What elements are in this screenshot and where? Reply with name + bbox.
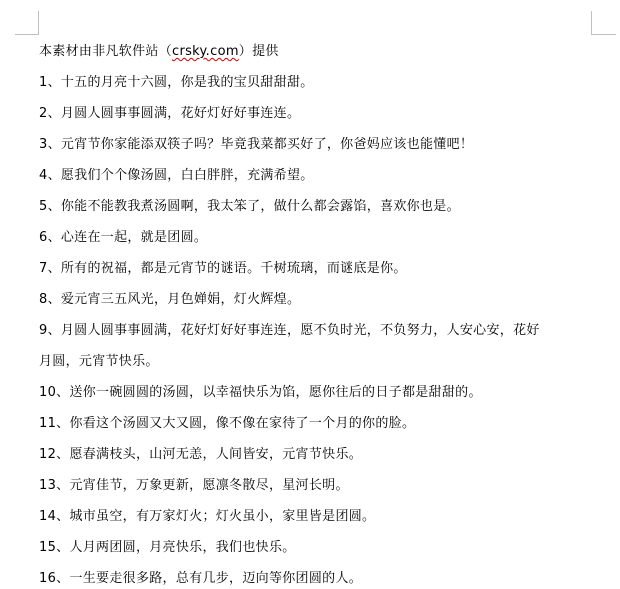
list-item-continuation: 月圆，元宵节快乐。 [39, 346, 609, 377]
list-item: 13、元宵佳节，万象更新，愿凛冬散尽，星河长明。 [39, 470, 609, 501]
list-item: 2、月圆人圆事事圆满，花好灯好好事连连。 [39, 98, 609, 129]
list-item: 9、月圆人圆事事圆满，花好灯好好事连连，愿不负时光，不负努力，人安心安，花好 [39, 315, 609, 346]
header-suffix: ）提供 [239, 44, 279, 59]
site-name-misspelled[interactable]: crsky.com [172, 44, 239, 59]
document-body[interactable]: 本素材由非凡软件站（crsky.com）提供 1、十五的月亮十六圆，你是我的宝贝… [39, 36, 609, 589]
list-item: 1、十五的月亮十六圆，你是我的宝贝甜甜甜。 [39, 67, 609, 98]
list-item: 11、你看这个汤圆又大又圆，像不像在家待了一个月的你的脸。 [39, 408, 609, 439]
list-item: 10、送你一碗圆圆的汤圆，以幸福快乐为馅，愿你往后的日子都是甜甜的。 [39, 377, 609, 408]
list-item: 7、所有的祝福，都是元宵节的谜语。千树琉璃，而谜底是你。 [39, 253, 609, 284]
page-margin-corner-top-right [591, 11, 616, 35]
page-margin-corner-top-left [15, 11, 39, 35]
list-item: 6、心连在一起，就是团圆。 [39, 222, 609, 253]
list-item: 16、一生要走很多路，总有几步，迈向等你团圆的人。 [39, 563, 609, 589]
header-prefix: 本素材由非凡软件站（ [39, 44, 172, 59]
list-item: 5、你能不能教我煮汤圆啊，我太笨了，做什么都会露馅，喜欢你也是。 [39, 191, 609, 222]
list-item: 3、元宵节你家能添双筷子吗？毕竟我菜都买好了，你爸妈应该也能懂吧！ [39, 129, 609, 160]
list-item: 4、愿我们个个像汤圆，白白胖胖，充满希望。 [39, 160, 609, 191]
header-line: 本素材由非凡软件站（crsky.com）提供 [39, 36, 609, 67]
list-item: 15、人月两团圆，月亮快乐，我们也快乐。 [39, 532, 609, 563]
list-item: 8、爱元宵三五风光，月色婵娟，灯火辉煌。 [39, 284, 609, 315]
list-item: 12、愿春满枝头，山河无恙，人间皆安，元宵节快乐。 [39, 439, 609, 470]
list-item: 14、城市虽空，有万家灯火；灯火虽小，家里皆是团圆。 [39, 501, 609, 532]
